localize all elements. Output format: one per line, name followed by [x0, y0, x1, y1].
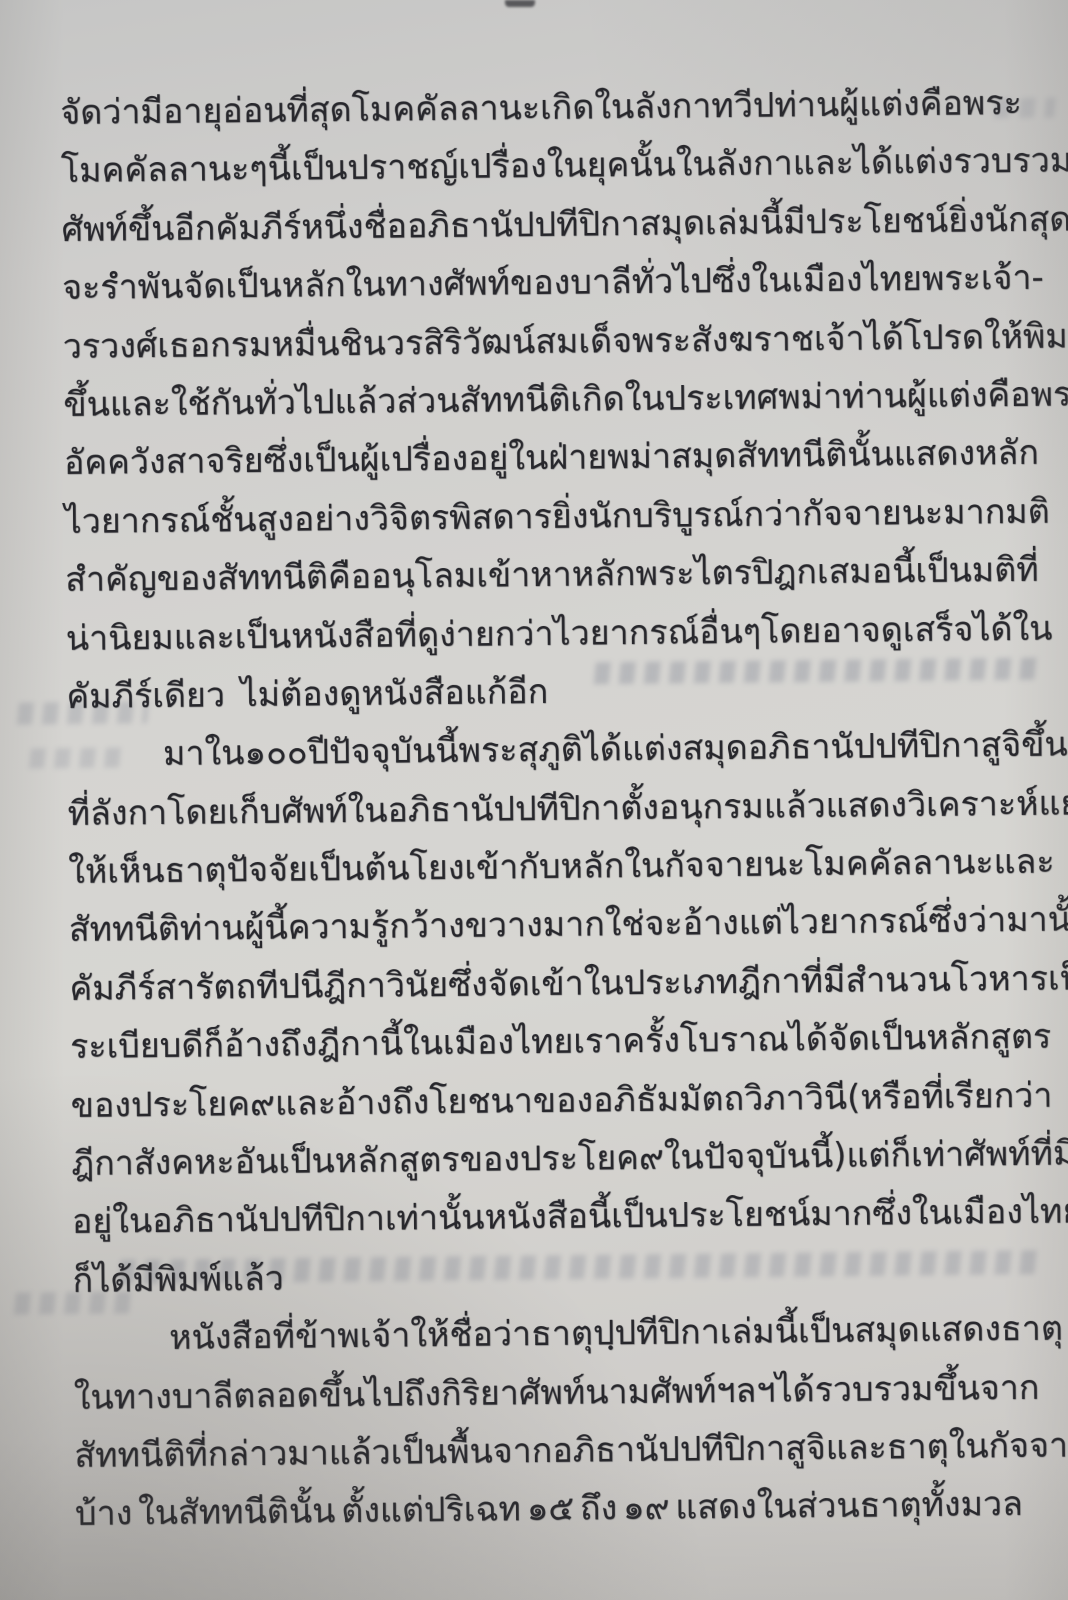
- text-line: ที่ลังกาโดยเก็บศัพท์ในอภิธานัปปทีปิกาตั้…: [67, 775, 1016, 843]
- text-word: ซึ่งในเมืองไทย: [872, 1183, 1068, 1244]
- text-line: ระเบียบดีก็อ้างถึงฎีกานี้ในเมืองไทยเราคร…: [70, 1008, 1019, 1076]
- text-word: ธาตุ: [164, 841, 227, 900]
- cropped-header-fragment: [505, 0, 535, 7]
- text-word: โมคคัลลานะเกิดในลังกาทวีป: [351, 77, 774, 140]
- text-word: ก็ได้มีพิมพ์แล้ว: [72, 1250, 284, 1311]
- text-word: ปัจจัย: [226, 841, 308, 900]
- text-word: สมเด็จพระสังฆราชเจ้า: [535, 309, 865, 371]
- text-word: ของประโยค: [70, 1075, 250, 1135]
- text-word: ในปัจจุบันนี้): [664, 1127, 847, 1187]
- text-word: โดยเก็บศัพท์ในอภิธานัปปทีปิกาตั้งอนุกรมแ…: [167, 774, 1068, 842]
- text-word: สูจิ: [785, 1419, 826, 1478]
- text-word: ได้รวบรวมขึ้นจาก: [775, 1358, 1040, 1419]
- text-word: ได้โปรดให้พิมพ์: [864, 307, 1068, 368]
- text-line: สำคัญของสัททนีติคืออนุโลมเข้าหาหลักพระไต…: [65, 541, 1014, 609]
- text-block: จัดว่ามีอายุอ่อนที่สุดโมคคัลลานะเกิดในลั…: [60, 74, 1023, 1544]
- text-word: ในทางบาลีตลอดขึ้นไปถึง: [73, 1365, 441, 1427]
- text-word: โมคคัลลานะ: [805, 833, 994, 893]
- text-line: บ้างในสัททนีตินั้นตั้งแต่ปริเฉท๑๕ถึง๑๙แส…: [75, 1475, 1024, 1543]
- text-line: อยู่ในอภิธานัปปทีปิกาเท่านั้นหนังสือนี้เ…: [72, 1183, 1021, 1251]
- text-word: กรมหมื่นชินวรสิริวัฒน์: [210, 313, 536, 375]
- text-line: จัดว่ามีอายุอ่อนที่สุดโมคคัลลานะเกิดในลั…: [60, 74, 1009, 142]
- text-word: ใช่จะอ้างแต่ไวยากรณ์ซึ่งว่ามานั้น: [604, 891, 1068, 955]
- text-word: น่านิยม: [66, 608, 175, 668]
- text-line: โมคคัลลานะๆนี้เป็นปราชญ์เปรื่องในยุคนั้น…: [61, 132, 1010, 200]
- text-word: ฎีกาสังคหะ: [71, 1133, 235, 1193]
- text-line: ขึ้นและใช้กันทั่วไปแล้วส่วนสัททนีติเกิดใ…: [63, 366, 1012, 434]
- text-word: เป็นปราชญ์เปรื่องในยุคนั้นในลังกา: [291, 135, 793, 199]
- text-word: สำคัญของสัททนีติ: [65, 548, 328, 609]
- text-word: คัมภีร์เดียว: [66, 666, 225, 726]
- text-line: หนังสือที่ข้าพเจ้าให้ชื่อว่าธาตุปฺปทีปิก…: [73, 1300, 1022, 1368]
- text-line: ไวยากรณ์ชั้นสูงอย่างวิจิตรพิสดารยิ่งนักบ…: [64, 483, 1013, 551]
- text-word: ที่ลังกา: [67, 784, 167, 843]
- text-word: อัคควังสาจริย: [64, 432, 264, 492]
- text-line: สัททนีติท่านผู้นี้ความรู้กว้างขวางมากใช่…: [69, 891, 1018, 959]
- text-word: พระเจ้า-: [922, 249, 1044, 309]
- text-word: เป็นต้น: [308, 839, 410, 898]
- text-word: ในสัททนีตินั้น: [138, 1483, 336, 1543]
- text-line: คัมภีร์เดียวไม่ต้องดูหนังสือแก้อีก: [66, 658, 1015, 726]
- text-word: วรวงศ์เธอ: [62, 316, 210, 376]
- text-word: ๑๙: [623, 1479, 670, 1538]
- text-word: แต่ก็เท่าศัพท์ที่มี: [846, 1124, 1068, 1185]
- text-line: มาใน๑๐๐ปีปัจจุบันนี้พระสุภูติได้แต่งสมุด…: [67, 716, 1016, 784]
- text-word: จัดว่ามีอายุอ่อนที่สุด: [60, 81, 352, 142]
- text-line: ฎีกาสังคหะอันเป็นหลักสูตรของประโยค๙ในปัจ…: [71, 1125, 1020, 1193]
- text-word: สมุดสัททนีตินั้นแสดงหลัก: [671, 424, 1039, 486]
- text-line: ในทางบาลีตลอดขึ้นไปถึงกิริยาศัพท์นามศัพท…: [73, 1359, 1022, 1427]
- text-word: ศัพท์ขึ้นอีกคัมภีร์หนึ่ง: [61, 198, 364, 260]
- text-word: ถึง: [580, 1480, 618, 1539]
- text-word: ท่านผู้แต่งคือ: [842, 366, 1031, 426]
- text-word: และเป็นหนังสือที่ดูง่ายกว่าไวยากรณ์อื่นๆ: [173, 602, 761, 667]
- text-word: ๑๐๐: [244, 724, 308, 783]
- text-word: (หรือที่เรียกว่า: [847, 1066, 1053, 1127]
- text-line: ศัพท์ขึ้นอีกคัมภีร์หนึ่งชื่ออภิธานัปปทีป…: [61, 191, 1010, 259]
- text-word: พระสุภูติได้แต่งสมุดอภิธานัปปทีปิกาสูจิ: [458, 716, 1021, 780]
- text-word: หนังสือที่ข้าพเจ้าให้ชื่อว่า: [169, 1305, 532, 1367]
- text-word: ขึ้นและใช้กันทั่วไปแล้ว: [63, 372, 397, 434]
- text-line: วรวงศ์เธอกรมหมื่นชินวรสิริวัฒน์สมเด็จพระ…: [62, 308, 1011, 376]
- text-word: สัททนีติ: [69, 900, 181, 960]
- text-word: ๑๕: [526, 1480, 574, 1539]
- text-word: มาใน: [163, 724, 245, 783]
- text-word: จากอภิธานัปปทีปิกา: [492, 1419, 785, 1480]
- text-word: อยู่ในอภิธานัปปทีปิกาเท่านั้น: [72, 1189, 485, 1252]
- text-word: ท่านผู้นี้ความรู้กว้างขวางมาก: [179, 896, 605, 959]
- text-word: จะรำพัน: [62, 258, 184, 318]
- text-line: อัคควังสาจริยซึ่งเป็นผู้เปรื่องอยู่ในฝ่า…: [64, 424, 1013, 492]
- text-line: ของประโยค๙และอ้างถึงโยชนาของอภิธัมมัตถวิ…: [70, 1067, 1019, 1135]
- text-word: สมุดเล่มนี้มีประโยชน์ยิ่งนักสุด: [639, 190, 1068, 253]
- text-line: น่านิยมและเป็นหนังสือที่ดูง่ายกว่าไวยากร…: [66, 600, 1015, 668]
- text-word: หนังสือนี้เป็นประโยชน์มาก: [484, 1185, 872, 1247]
- text-word: คัมภีร์สารัตถทีปนีฎีกาวินัย: [69, 956, 448, 1018]
- text-word: ชื่อ: [363, 197, 407, 256]
- text-word: ไม่ต้องดูหนังสือแก้อีก: [240, 663, 548, 725]
- text-word: ซึ่งจัดเข้าในประเภทฎีกาที่มีสำนวนโวหารเป…: [448, 949, 1068, 1014]
- text-word: ๙: [639, 1129, 665, 1188]
- text-word: โยงเข้ากับหลักในกัจจายนะ: [409, 835, 805, 898]
- text-word: กิริยาศัพท์: [441, 1363, 586, 1423]
- text-word: ระเบียบดีก็อ้างถึง: [70, 1016, 318, 1077]
- text-word: เป็นสมุดแสดงธาตุ: [798, 1300, 1064, 1361]
- text-word: บ้าง: [75, 1485, 133, 1544]
- text-line: ก็ได้มีพิมพ์แล้ว: [72, 1242, 1021, 1310]
- text-word: ฎีกานี้ในเมืองไทยเราครั้งโบราณได้จัดเป็น…: [317, 1008, 1052, 1074]
- text-word: ปีปัจจุบันนี้: [307, 722, 459, 782]
- text-word: และอ้างถึงโยชนาของอภิธัมมัตถวิภาวินี: [275, 1068, 848, 1132]
- text-word: อนุโลมเข้าหาหลักพระไตรปิฎกเสมอ: [371, 542, 893, 606]
- text-word: ส่วนสัททนีติเกิดในประเทศพม่า: [396, 368, 842, 431]
- text-word: ธาตุปฺปทีปิกา: [531, 1303, 720, 1363]
- text-line: จะรำพันจัดเป็นหลักในทางศัพท์ของบาลีทั่วไ…: [62, 249, 1011, 317]
- text-word: อภิธานัปปทีปิกา: [407, 195, 640, 256]
- text-line: คัมภีร์สารัตถทีปนีฎีกาวินัยซึ่งจัดเข้าใน…: [69, 950, 1018, 1018]
- text-word: ซึ่งในเมืองไทย: [712, 250, 923, 311]
- text-word: ให้เห็น: [68, 842, 165, 901]
- text-word: แสดงในส่วนธาตุทั้งมวล: [675, 1475, 1023, 1537]
- text-word: อย่างวิจิตรพิสดารยิ่งนัก: [294, 487, 633, 549]
- text-word: ท่านผู้แต่งคือพระ: [774, 74, 1022, 135]
- text-word: นามศัพท์: [585, 1362, 717, 1422]
- text-word: ซึ่งเป็นผู้เปรื่องอยู่ในฝ่ายพม่า: [263, 428, 671, 491]
- text-word: เล่มนี้: [719, 1303, 798, 1362]
- text-word: นี้เป็นมติที่: [892, 541, 1039, 601]
- text-word: พระ: [1030, 365, 1068, 424]
- text-word: บริบูรณ์กว่ากัจจายนะมาก: [632, 483, 1006, 545]
- text-word: โมคคัลลานะๆ: [61, 140, 268, 201]
- text-word: จัดเป็นหลักในทางศัพท์ของบาลีทั่วไป: [183, 252, 712, 316]
- text-word: และได้แต่งรวบรวม: [792, 132, 1068, 193]
- text-word: ไวยากรณ์ชั้นสูง: [64, 490, 294, 551]
- text-word: มติ: [1005, 482, 1050, 541]
- text-word: ฯลฯ: [716, 1361, 776, 1420]
- text-word: และ: [993, 833, 1055, 892]
- text-word: อันเป็นหลักสูตรของประโยค: [234, 1129, 639, 1192]
- text-word: สัททนีติที่กล่าวมาแล้วเป็นพื้น: [74, 1423, 493, 1486]
- text-word: โดยอาจดูเสร็จได้ใน: [761, 599, 1053, 660]
- scanned-page: จัดว่ามีอายุอ่อนที่สุดโมคคัลลานะเกิดในลั…: [0, 0, 1068, 1600]
- text-word: ๙: [250, 1074, 276, 1133]
- text-line: ให้เห็นธาตุปัจจัยเป็นต้นโยงเข้ากับหลักใน…: [68, 833, 1017, 901]
- text-line: สัททนีติที่กล่าวมาแล้วเป็นพื้นจากอภิธานั…: [74, 1417, 1023, 1485]
- text-word: และธาตุในกัจจายนะ: [825, 1416, 1068, 1478]
- text-word: ขึ้น: [1021, 716, 1068, 775]
- text-word: คือ: [328, 548, 372, 607]
- text-word: ตั้งแต่ปริเฉท: [341, 1481, 521, 1541]
- text-word: นี้: [267, 140, 291, 199]
